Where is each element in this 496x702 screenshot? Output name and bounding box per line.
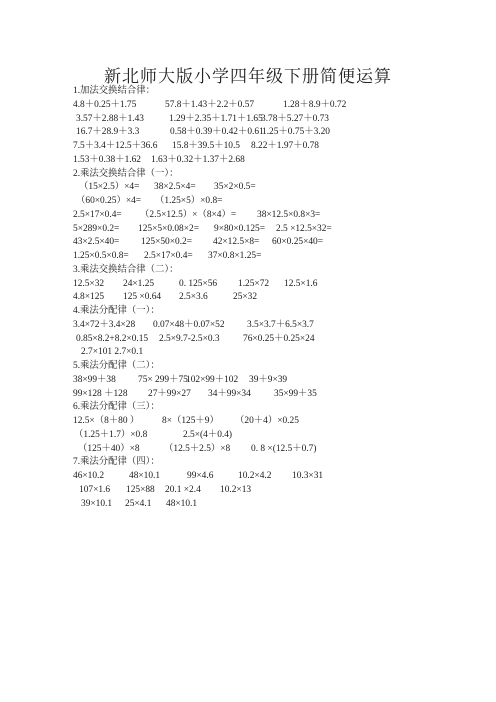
exercise-item: 12.5×32	[73, 278, 104, 292]
exercise-item: 1.53＋0.38＋1.62	[73, 154, 141, 168]
exercise-item: 24×1.25	[123, 278, 154, 292]
exercise-item: （1.25＋1.7）×0.8	[74, 429, 147, 443]
section-heading: 5.乘法分配律（二）：	[73, 360, 473, 374]
exercise-row: 1.25×0.5×0.8=2.5×17×0.4=37×0.8×1.25=	[73, 250, 473, 264]
section-heading: 2.乘法交换结合律（一）：	[73, 168, 473, 182]
section-heading: 7.乘法分配律（四）：	[73, 456, 473, 470]
exercise-row: 99×128 ＋12827＋99×2734＋99×3435×99＋35	[73, 388, 473, 402]
exercise-item: 3.5×3.7＋6.5×3.7	[247, 319, 314, 333]
exercise-item: 2.5×17×0.4=	[144, 250, 193, 264]
exercise-item: 43×2.5×40=	[73, 236, 119, 250]
exercise-item: 10.3×31	[292, 470, 323, 484]
exercise-item: 48×10.1	[166, 498, 197, 512]
exercise-row: 2.7×101 2.7×0.1	[73, 346, 473, 360]
exercise-item: （12.5＋2.5）×8	[164, 443, 230, 457]
exercise-item: 48×10.1	[129, 470, 160, 484]
exercise-item: 7.5＋3.4＋12.5＋36.6	[73, 140, 157, 154]
section-heading: 4.乘法分配律（一）：	[73, 305, 473, 319]
exercise-row: 46×10.248×10.199×4.610.2×4.210.3×31	[73, 470, 473, 484]
exercise-item: 10.2×4.2	[238, 470, 271, 484]
exercise-item: 15.8＋39.5＋10.5	[172, 140, 240, 154]
exercise-item: 35×99＋35	[274, 388, 317, 402]
exercise-item: 9×80×0.125=	[214, 223, 265, 237]
exercise-item: 107×1.6	[79, 484, 110, 498]
exercise-row: 16.7＋28.9＋3.30.58＋0.39＋0.42＋0.611.25＋0.7…	[73, 126, 473, 140]
exercise-row: 43×2.5×40=125×50×0.2=42×12.5×8=60×0.25×4…	[73, 236, 473, 250]
exercise-item: 38×99＋38	[73, 374, 116, 388]
exercise-item: 2.7×101 2.7×0.1	[81, 346, 143, 360]
exercise-list: 1.加法交换结合律：4.8＋0.25＋1.7557.8＋1.43＋2.2＋0.5…	[73, 85, 473, 511]
exercise-item: 25×4.1	[125, 498, 151, 512]
exercise-row: （1.25＋1.7）×0.82.5×(4＋0.4)	[73, 429, 473, 443]
exercise-item: 39＋9×39	[249, 374, 287, 388]
exercise-item: 76×0.25＋0.25×24	[243, 333, 315, 347]
exercise-item: 1.25×0.5×0.8=	[73, 250, 129, 264]
exercise-item: 2.5×9.7-2.5×0.3	[159, 333, 220, 347]
exercise-row: 3.57＋2.88＋1.431.29＋2.35＋1.71＋1.653.78＋5.…	[73, 113, 473, 127]
exercise-row: 4.8＋0.25＋1.7557.8＋1.43＋2.2＋0.571.28＋8.9＋…	[73, 99, 473, 113]
document-page: 新北师大版小学四年级下册简便运算 1.加法交换结合律：4.8＋0.25＋1.75…	[0, 0, 496, 702]
exercise-item: （1.25×5）×0.8=	[155, 195, 222, 209]
section-heading: 3.乘法交换结合律（二）：	[73, 264, 473, 278]
exercise-row: 12.5×（8＋80 ）8×（125＋9）（20＋4）×0.25	[73, 415, 473, 429]
exercise-item: 1.28＋8.9＋0.72	[283, 99, 346, 113]
exercise-row: 38×99＋3875× 299＋75102×99＋10239＋9×39	[73, 374, 473, 388]
document-title: 新北师大版小学四年级下册简便运算	[0, 62, 496, 87]
exercise-item: 1.29＋2.35＋1.71＋1.65	[169, 113, 263, 127]
exercise-item: 75× 299＋75	[138, 374, 188, 388]
exercise-item: 37×0.8×1.25=	[208, 250, 261, 264]
exercise-item: 38×2.5×4=	[154, 181, 196, 195]
exercise-row: 4.8×125125 ×0.642.5×3.625×32	[73, 291, 473, 305]
exercise-item: 12.5×（8＋80 ）	[73, 415, 139, 429]
exercise-row: 39×10.125×4.148×10.1	[73, 498, 473, 512]
exercise-item: 42×12.5×8=	[213, 236, 259, 250]
exercise-item: 4.8＋0.25＋1.75	[73, 99, 136, 113]
exercise-item: 1.25×72	[238, 278, 269, 292]
exercise-item: 8.22＋1.97＋0.78	[251, 140, 319, 154]
exercise-row: （15×2.5）×4=38×2.5×4=35×2×0.5=	[73, 181, 473, 195]
exercise-row: 1.53＋0.38＋1.621.63＋0.32＋1.37＋2.68	[73, 154, 473, 168]
exercise-item: 57.8＋1.43＋2.2＋0.57	[165, 99, 254, 113]
exercise-item: 0.58＋0.39＋0.42＋0.61	[170, 126, 264, 140]
exercise-item: 46×10.2	[73, 470, 104, 484]
exercise-item: 3.78＋5.27＋0.73	[261, 113, 329, 127]
exercise-item: 125 ×0.64	[123, 291, 161, 305]
exercise-item: 2.5×17×0.4=	[73, 209, 122, 223]
exercise-item: 3.57＋2.88＋1.43	[76, 113, 144, 127]
exercise-item: 5×289×0.2=	[73, 223, 119, 237]
section-heading: 6.乘法分配律（三）：	[73, 401, 473, 415]
section-heading: 1.加法交换结合律：	[73, 85, 473, 99]
exercise-row: 0.85×8.2+8.2×0.152.5×9.7-2.5×0.376×0.25＋…	[73, 333, 473, 347]
exercise-row: （60×0.25）×4=（1.25×5）×0.8=	[73, 195, 473, 209]
exercise-row: 3.4×72＋3.4×280.07×48＋0.07×523.5×3.7＋6.5×…	[73, 319, 473, 333]
exercise-item: 125×50×0.2=	[141, 236, 192, 250]
exercise-item: 0. 125×56	[179, 278, 217, 292]
exercise-item: （2.5×12.5）×（8×4）=	[140, 209, 236, 223]
exercise-item: 39×10.1	[81, 498, 112, 512]
exercise-row: 5×289×0.2=125×5×0.08×2=9×80×0.125=2.5 ×1…	[73, 223, 473, 237]
exercise-item: （15×2.5）×4=	[79, 181, 139, 195]
exercise-row: （125＋40）×8（12.5＋2.5）×80. 8 ×(12.5＋0.7)	[73, 443, 473, 457]
exercise-item: 125×5×0.08×2=	[138, 223, 199, 237]
exercise-item: 27＋99×27	[148, 388, 191, 402]
exercise-item: 1.25＋0.75＋3.20	[262, 126, 330, 140]
exercise-item: 35×2×0.5=	[214, 181, 256, 195]
exercise-item: 102×99＋102	[186, 374, 238, 388]
exercise-item: 4.8×125	[73, 291, 104, 305]
exercise-item: 99×4.6	[187, 470, 213, 484]
exercise-item: 16.7＋28.9＋3.3	[76, 126, 139, 140]
exercise-item: 20.1 ×2.4	[165, 484, 201, 498]
exercise-item: 3.4×72＋3.4×28	[73, 319, 135, 333]
exercise-item: 8×（125＋9）	[162, 415, 219, 429]
exercise-row: 7.5＋3.4＋12.5＋36.615.8＋39.5＋10.58.22＋1.97…	[73, 140, 473, 154]
exercise-item: 99×128 ＋128	[73, 388, 128, 402]
exercise-item: 2.5×(4＋0.4)	[183, 429, 232, 443]
exercise-item: 12.5×1.6	[284, 278, 317, 292]
exercise-item: 10.2×13	[220, 484, 251, 498]
exercise-item: 0.85×8.2+8.2×0.15	[76, 333, 148, 347]
exercise-item: 2.5 ×12.5×32=	[276, 223, 332, 237]
exercise-item: 25×32	[233, 291, 257, 305]
exercise-item: 2.5×3.6	[179, 291, 208, 305]
exercise-item: 34＋99×34	[208, 388, 251, 402]
exercise-row: 2.5×17×0.4=（2.5×12.5）×（8×4）=38×12.5×0.8×…	[73, 209, 473, 223]
exercise-item: （20＋4）×0.25	[235, 415, 299, 429]
exercise-item: 125×88	[126, 484, 155, 498]
exercise-item: 1.63＋0.32＋1.37＋2.68	[151, 154, 245, 168]
exercise-item: （60×0.25）×4=	[76, 195, 141, 209]
exercise-item: 38×12.5×0.8×3=	[257, 209, 320, 223]
exercise-row: 107×1.6125×8820.1 ×2.410.2×13	[73, 484, 473, 498]
exercise-row: 12.5×3224×1.250. 125×561.25×7212.5×1.6	[73, 278, 473, 292]
exercise-item: （125＋40）×8	[78, 443, 140, 457]
exercise-item: 0.07×48＋0.07×52	[153, 319, 225, 333]
exercise-item: 60×0.25×40=	[272, 236, 323, 250]
exercise-item: 0. 8 ×(12.5＋0.7)	[251, 443, 316, 457]
